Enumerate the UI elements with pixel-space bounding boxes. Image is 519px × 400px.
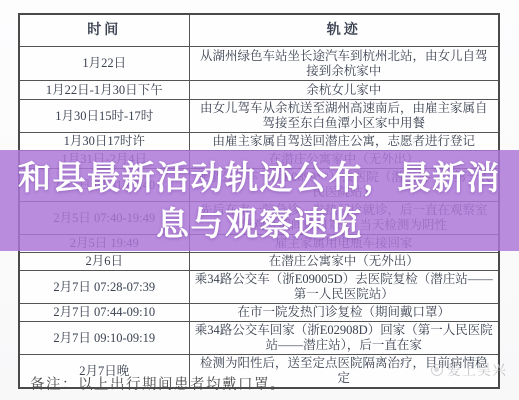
- time-cell: 2月6日: [19, 253, 189, 271]
- watermark-text: 爱上吴兴: [447, 360, 507, 380]
- table-row: 1月30日15时-17时由女儿驾车从余杭送至湖州高速南后，由雇主家属自驾接至东白…: [19, 100, 499, 133]
- footer-note: 备注：以上出行期间患者均戴口罩。: [30, 373, 286, 394]
- page-title-line-2: 息与观察速览: [156, 201, 363, 247]
- time-cell: 1月22日-1月30日下午: [19, 81, 189, 100]
- track-cell: 从湖州绿色车站坐长途汽车到杭州北站，由女儿自驾接到余杭家中: [189, 47, 499, 81]
- col-header-time: 时间: [19, 14, 189, 47]
- track-cell: 由女儿驾车从余杭送至湖州高速南后，由雇主家属自驾接至东白鱼潭小区家中用餐: [189, 100, 499, 133]
- time-cell: 2月7日 09:10-09:19: [19, 322, 189, 355]
- table-header: 时间 轨迹: [19, 14, 499, 47]
- time-cell: 1月22日: [19, 47, 189, 81]
- table-row: 2月7日 07:44-09:10在市一院发热门诊复检（期间戴口罩）: [19, 304, 499, 322]
- time-cell: 1月30日17时许: [19, 133, 189, 151]
- watermark-logo-icon: [431, 364, 443, 376]
- page-title-line-1: 和县最新活动轨迹公布，最新消: [18, 155, 501, 201]
- track-cell: 乘34路公交车（浙E09005D）去医院复检（潜庄站——第一人民医院站）: [189, 271, 499, 304]
- article-image: 时间 轨迹 1月22日从湖州绿色车站坐长途汽车到杭州北站，由女儿自驾接到余杭家中…: [0, 0, 519, 400]
- watermark: 爱上吴兴: [431, 360, 507, 380]
- track-cell: 由雇主家属自驾送回潜庄公寓，志愿者进行登记: [189, 133, 499, 151]
- track-cell: 乘34路公交车回家（浙E02908D）回家（第一人民医院站——潜庄站），后一直在…: [189, 322, 499, 355]
- track-cell: 余杭女儿家中: [189, 81, 499, 100]
- table-row: 2月6日在潜庄公寓家中（无外出）: [19, 253, 499, 271]
- table-row: 1月22日从湖州绿色车站坐长途汽车到杭州北站，由女儿自驾接到余杭家中: [19, 47, 499, 81]
- time-cell: 2月7日 07:44-09:10: [19, 304, 189, 322]
- track-cell: 在市一院发热门诊复检（期间戴口罩）: [189, 304, 499, 322]
- table-row: 1月30日17时许由雇主家属自驾送回潜庄公寓，志愿者进行登记: [19, 133, 499, 151]
- table-row: 1月22日-1月30日下午余杭女儿家中: [19, 81, 499, 100]
- table-row: 2月7日 09:10-09:19乘34路公交车回家（浙E02908D）回家（第一…: [19, 322, 499, 355]
- title-overlay-banner: 和县最新活动轨迹公布，最新消 息与观察速览: [0, 150, 519, 251]
- track-cell: 在潜庄公寓家中（无外出）: [189, 253, 499, 271]
- col-header-track: 轨迹: [189, 14, 499, 47]
- time-cell: 2月7日 07:28-07:39: [19, 271, 189, 304]
- table-row: 2月7日 07:28-07:39乘34路公交车（浙E09005D）去医院复检（潜…: [19, 271, 499, 304]
- header-row: 时间 轨迹: [19, 14, 499, 47]
- time-cell: 1月30日15时-17时: [19, 100, 189, 133]
